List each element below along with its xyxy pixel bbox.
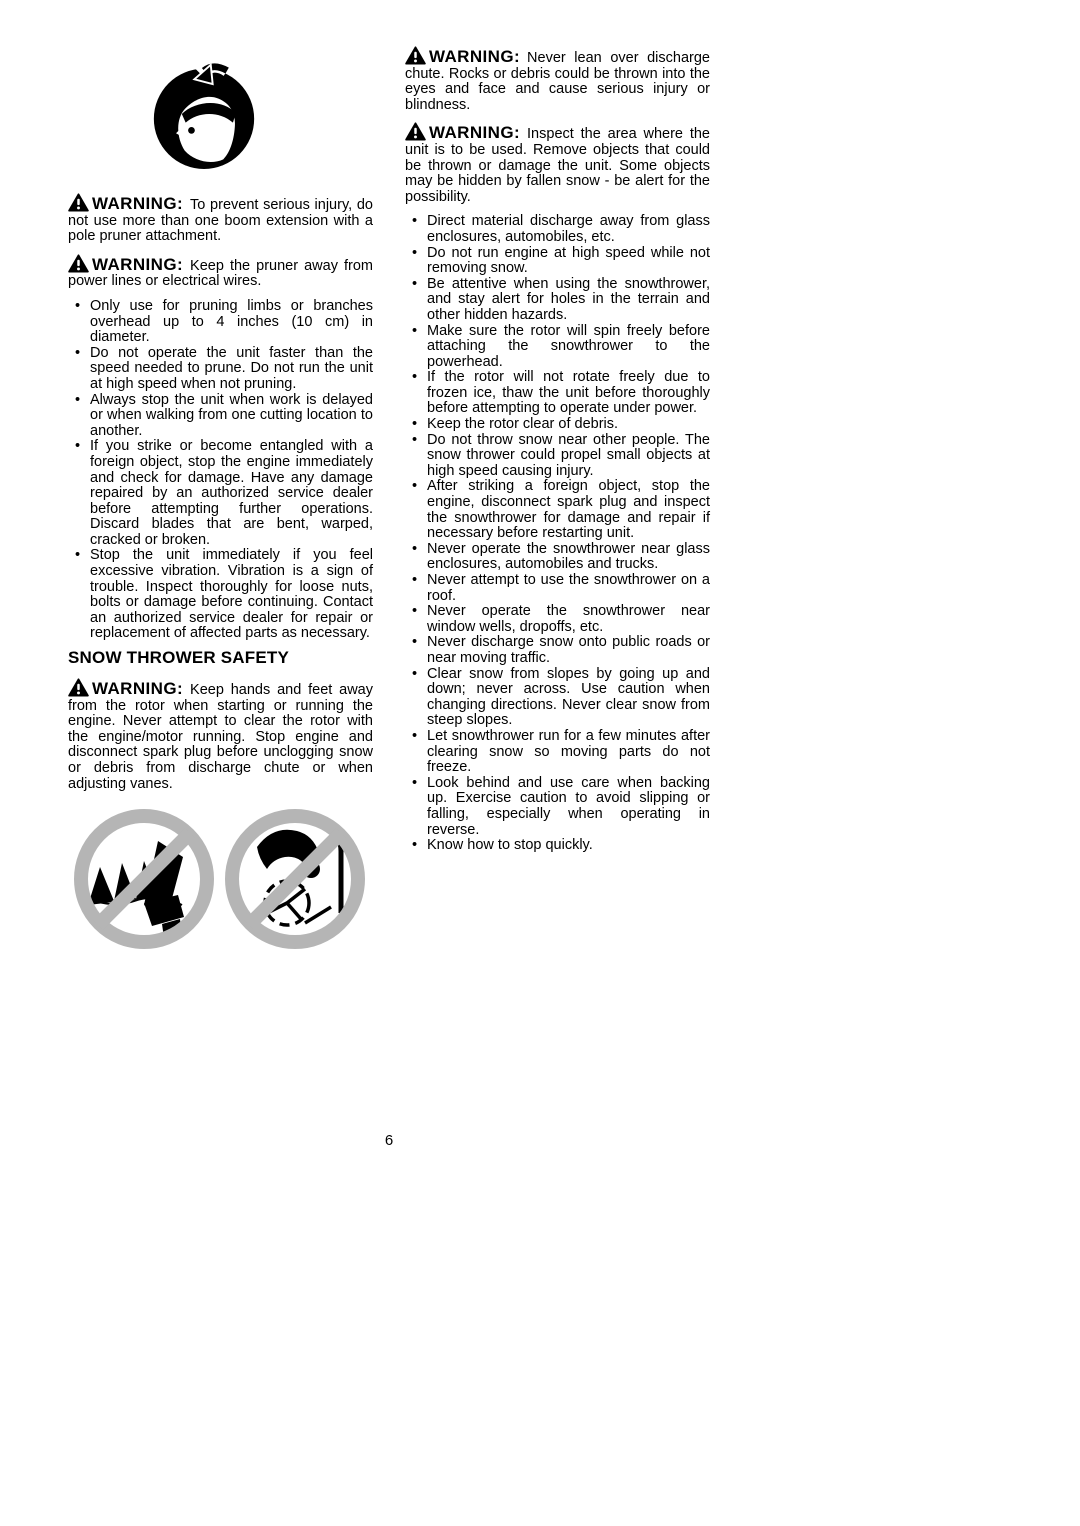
warning-paragraph-rotor-hands: WARNING:Keep hands and feet away from th… bbox=[68, 678, 373, 792]
warning-label: WARNING: bbox=[429, 123, 520, 142]
bullet-item: Never operate the snowthrower near windo… bbox=[405, 604, 710, 635]
warning-triangle-icon bbox=[405, 122, 426, 141]
head-protection-icon bbox=[150, 58, 373, 175]
no-contact-auger-icon bbox=[70, 805, 218, 953]
warning-triangle-icon bbox=[68, 254, 89, 273]
bullet-item: Direct material discharge away from glas… bbox=[405, 214, 710, 245]
warning-label: WARNING: bbox=[429, 47, 520, 66]
warning-label: WARNING: bbox=[92, 679, 183, 698]
snowthrower-safety-bullet-list: Direct material discharge away from glas… bbox=[405, 214, 710, 853]
bullet-item: Always stop the unit when work is delaye… bbox=[68, 393, 373, 440]
bullet-item: Know how to stop quickly. bbox=[405, 838, 710, 854]
bullet-item: After striking a foreign object, stop th… bbox=[405, 479, 710, 541]
bullet-item: Keep the rotor clear of debris. bbox=[405, 417, 710, 433]
bullet-item: Make sure the rotor will spin freely bef… bbox=[405, 324, 710, 371]
section-heading: SNOW THROWER SAFETY bbox=[68, 648, 373, 668]
warning-paragraph-discharge-chute: WARNING:Never lean over discharge chute.… bbox=[405, 46, 710, 113]
bullet-item: Do not operate the unit faster than the … bbox=[68, 346, 373, 393]
warning-triangle-icon bbox=[68, 678, 89, 697]
warning-paragraph-power-lines: WARNING:Keep the pruner away from power … bbox=[68, 254, 373, 290]
warning-paragraph-pruner-boom: WARNING:To prevent serious injury, do no… bbox=[68, 193, 373, 245]
bullet-item: Do not run engine at high speed while no… bbox=[405, 246, 710, 277]
bullet-item: Do not throw snow near other people. The… bbox=[405, 433, 710, 480]
bullet-item: Never attempt to use the snowthrower on … bbox=[405, 573, 710, 604]
manual-page: WARNING:To prevent serious injury, do no… bbox=[0, 0, 1080, 1526]
bullet-item: Be attentive when using the snowthrower,… bbox=[405, 277, 710, 324]
bullet-item: Look behind and use care when backing up… bbox=[405, 776, 710, 838]
bullet-item: If you strike or become entangled with a… bbox=[68, 439, 373, 548]
warning-triangle-icon bbox=[405, 46, 426, 65]
bullet-item: Let snowthrower run for a few minutes af… bbox=[405, 729, 710, 776]
warning-label: WARNING: bbox=[92, 255, 183, 274]
warning-triangle-icon bbox=[68, 193, 89, 212]
prohibition-symbols bbox=[70, 805, 373, 953]
page-number: 6 bbox=[68, 1132, 710, 1149]
bullet-item: Only use for pruning limbs or branches o… bbox=[68, 299, 373, 346]
bullet-item: Never discharge snow onto public roads o… bbox=[405, 635, 710, 666]
bullet-item: Stop the unit immediately if you feel ex… bbox=[68, 548, 373, 642]
warning-label: WARNING: bbox=[92, 194, 183, 213]
warning-paragraph-inspect-area: WARNING:Inspect the area where the unit … bbox=[405, 122, 710, 205]
right-column: WARNING:Never lean over discharge chute.… bbox=[405, 46, 710, 854]
bullet-item: Clear snow from slopes by going up and d… bbox=[405, 667, 710, 729]
no-lean-over-chute-icon bbox=[221, 805, 369, 953]
pruner-safety-bullet-list: Only use for pruning limbs or branches o… bbox=[68, 299, 373, 642]
bullet-item: Never operate the snowthrower near glass… bbox=[405, 542, 710, 573]
warning-text: Keep hands and feet away from the rotor … bbox=[68, 682, 373, 792]
left-column: WARNING:To prevent serious injury, do no… bbox=[68, 58, 373, 953]
bullet-item: If the rotor will not rotate freely due … bbox=[405, 370, 710, 417]
